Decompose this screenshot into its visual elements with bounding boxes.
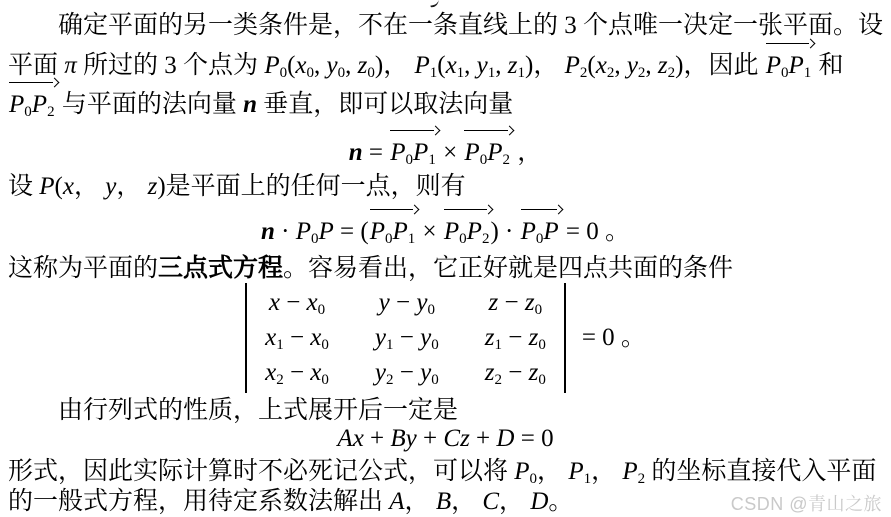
text-segment: −: [284, 359, 311, 386]
text-segment: 的坐标直接代入平面: [645, 458, 876, 485]
text-segment: By: [390, 425, 416, 452]
text-segment: y: [416, 289, 427, 316]
text-segment: 这称为平面的: [8, 255, 158, 282]
text-segment: 。容易看出，它正好就是四点共面的条件: [283, 255, 733, 282]
vector-arrow: P0P2: [463, 136, 511, 170]
text-segment: D: [530, 488, 548, 515]
text-segment: (: [587, 52, 595, 79]
subscript: 2: [47, 104, 55, 120]
paragraph-three-point-form-line: 这称为平面的三点式方程。容易看出，它正好就是四点共面的条件: [8, 251, 883, 286]
text-segment: x: [269, 289, 280, 316]
vector-arrow: P0P2: [8, 88, 56, 122]
text-segment: y: [105, 173, 116, 200]
text-segment: 垂直，即可以取法向量: [257, 91, 513, 118]
text-segment: ) ·: [490, 218, 519, 245]
text-segment: P: [521, 218, 536, 245]
text-segment: x: [310, 359, 321, 386]
subscript: 0: [530, 471, 538, 487]
csdn-watermark: CSDN @青山之旅: [731, 490, 882, 516]
subscript: 2: [386, 372, 394, 388]
text-segment: 三点式方程: [158, 254, 283, 282]
subscript: 0: [459, 231, 467, 247]
text-segment: z: [358, 52, 368, 79]
subscript: 0: [280, 65, 288, 81]
text-segment: y: [375, 359, 386, 386]
subscript: 1: [584, 471, 592, 487]
matrix-cell: y2 − y0: [375, 360, 439, 386]
matrix-cell: y1 − y0: [375, 325, 439, 351]
text-segment: 形式，因此实际计算时不必死记公式，可以将: [8, 458, 514, 485]
text-segment: P: [444, 218, 459, 245]
text-segment: x: [307, 289, 318, 316]
text-segment: x: [596, 52, 607, 79]
text-segment: P: [565, 52, 580, 79]
text-segment: P: [766, 52, 781, 79]
text-segment: 和: [812, 52, 843, 79]
text-segment: −: [394, 324, 421, 351]
text-segment: Ax: [337, 425, 363, 452]
text-segment: (: [55, 173, 63, 200]
text-segment: y: [627, 52, 638, 79]
text-segment: ，: [405, 488, 436, 515]
formula-normal-vector: n = P0P1 × P0P2 ，: [8, 136, 883, 170]
text-segment: x: [295, 52, 306, 79]
text-segment: P: [296, 218, 311, 245]
vector-arrow: P0P: [520, 215, 560, 249]
text-segment: x: [446, 52, 457, 79]
text-segment: −: [502, 324, 529, 351]
text-segment: y: [379, 289, 390, 316]
subscript: 1: [386, 337, 394, 353]
text-segment: ，: [511, 139, 542, 166]
text-segment: z: [525, 289, 535, 316]
subscript: 0: [406, 152, 414, 168]
text-segment: ，: [537, 458, 568, 485]
text-segment: x: [265, 359, 276, 386]
text-segment: −: [284, 324, 311, 351]
text-segment: P: [9, 91, 24, 118]
subscript: 1: [518, 65, 526, 81]
subscript: 0: [427, 302, 435, 318]
subscript: 0: [367, 65, 375, 81]
text-segment: +: [417, 425, 444, 452]
text-segment: P: [392, 218, 407, 245]
subscript: 2: [482, 231, 490, 247]
text-segment: P: [789, 52, 804, 79]
text-segment: +: [364, 425, 391, 452]
text-segment: z: [508, 52, 518, 79]
text-segment: Cz: [443, 425, 469, 452]
subscript: 0: [431, 372, 439, 388]
text-segment: P: [264, 52, 279, 79]
text-segment: P: [318, 218, 333, 245]
text-segment: 。: [548, 488, 573, 515]
determinant-matrix: x − x0y − y0z − z0x1 − x0y1 − y0z1 − z0x…: [245, 283, 566, 393]
text-segment: ，: [116, 173, 147, 200]
text-segment: y: [375, 324, 386, 351]
text-segment: (: [437, 52, 445, 79]
text-segment: )，: [525, 52, 565, 79]
paragraph-substitute-line: 形式，因此实际计算时不必死记公式，可以将 P0， P1， P2 的坐标直接代入平…: [8, 455, 883, 489]
text-segment: C: [482, 488, 499, 515]
subscript: 0: [318, 302, 326, 318]
text-segment: z: [488, 289, 498, 316]
text-segment: P: [370, 218, 385, 245]
matrix-cell: x1 − x0: [265, 325, 329, 351]
text-segment: ,: [645, 52, 658, 79]
text-segment: n: [261, 218, 275, 245]
text-segment: P: [39, 173, 54, 200]
cropped-glyph-fragment: [429, 0, 439, 8]
text-segment: x: [63, 173, 74, 200]
text-segment: −: [394, 359, 421, 386]
text-segment: y: [477, 52, 488, 79]
paragraph-normal-vector-line: P0P2 与平面的法向量 n 垂直，即可以取法向量: [8, 88, 883, 122]
vector-arrow: P0P1: [369, 215, 417, 249]
text-segment: P: [543, 218, 558, 245]
text-segment: z: [529, 324, 539, 351]
document-page: 确定平面的另一类条件是，不在一条直线上的 3 个点唯一决定一张平面。设平面 π …: [0, 0, 891, 517]
subscript: 0: [24, 104, 32, 120]
text-segment: ·: [275, 218, 296, 245]
text-segment: P: [568, 458, 583, 485]
text-segment: −: [280, 289, 307, 316]
text-segment: ，: [451, 488, 482, 515]
text-segment: −: [498, 289, 525, 316]
paragraph-points-line: 平面 π 所过的 3 个点为 P0(x0, y0, z0)， P1(x1, y1…: [8, 49, 883, 83]
text-segment: ,: [495, 52, 508, 79]
subscript: 0: [431, 337, 439, 353]
matrix-cell: z − z0: [485, 290, 546, 316]
matrix-cell: x − x0: [265, 290, 329, 316]
text-segment: )是平面上的任何一点，则有: [157, 173, 465, 200]
text-segment: ,: [614, 52, 627, 79]
subscript: 1: [408, 231, 416, 247]
text-segment: ,: [345, 52, 358, 79]
paragraph-any-point-line: 设 P(x， y， z)是平面上的任何一点，则有: [8, 170, 883, 204]
text-segment: )，因此: [675, 52, 765, 79]
formula-general-equation: Ax + By + Cz + D = 0: [8, 422, 883, 456]
text-segment: 与平面的法向量: [56, 91, 244, 118]
determinant-equation: x − x0y − y0z − z0x1 − x0y1 − y0z1 − z0x…: [0, 283, 891, 393]
vector-arrow: P0P1: [765, 49, 813, 83]
formula-mixed-product: n · P0P = (P0P1 × P0P2) · P0P = 0 。: [8, 215, 883, 249]
text-segment: z: [529, 359, 539, 386]
subscript: 2: [502, 152, 510, 168]
text-segment: P: [514, 458, 529, 485]
text-segment: B: [436, 488, 451, 515]
text-segment: P: [464, 139, 479, 166]
paragraph-intro-line: 确定平面的另一类条件是，不在一条直线上的 3 个点唯一决定一张平面。设: [8, 9, 883, 43]
text-segment: P: [487, 139, 502, 166]
subscript: 1: [804, 65, 812, 81]
text-segment: 由行列式的性质，上式展开后一定是: [58, 397, 458, 424]
text-segment: +: [470, 425, 497, 452]
text-segment: A: [389, 488, 404, 515]
text-segment: n: [243, 91, 257, 118]
text-segment: y: [327, 52, 338, 79]
subscript: 0: [535, 302, 543, 318]
text-segment: π: [64, 52, 77, 79]
text-segment: ,: [314, 52, 327, 79]
text-segment: 设: [8, 173, 39, 200]
subscript: 1: [276, 337, 284, 353]
text-segment: =: [363, 139, 390, 166]
vector-arrow: P0P1: [389, 136, 437, 170]
text-segment: P: [413, 139, 428, 166]
text-segment: )，: [375, 52, 415, 79]
text-segment: −: [390, 289, 417, 316]
subscript: 1: [428, 152, 436, 168]
text-segment: 确定平面的另一类条件是，不在一条直线上的 3 个点唯一决定一张平面。设: [58, 12, 883, 39]
subscript: 0: [321, 337, 329, 353]
subscript: 0: [321, 372, 329, 388]
text-segment: ，: [499, 488, 530, 515]
matrix-cell: z2 − z0: [485, 360, 546, 386]
text-segment: 所过的 3 个点为: [77, 52, 265, 79]
text-segment: x: [310, 324, 321, 351]
text-segment: z: [485, 359, 495, 386]
text-segment: y: [420, 359, 431, 386]
text-segment: 的一般式方程，用待定系数法解出: [8, 488, 389, 515]
text-segment: = 0: [514, 425, 553, 452]
text-segment: y: [420, 324, 431, 351]
text-segment: z: [148, 173, 158, 200]
vector-arrow: P0P2: [443, 215, 491, 249]
text-segment: n: [349, 139, 363, 166]
text-segment: ×: [437, 139, 464, 166]
text-segment: = 0 。: [582, 324, 646, 351]
text-segment: ,: [464, 52, 477, 79]
text-segment: P: [467, 218, 482, 245]
text-segment: 平面: [8, 52, 64, 79]
matrix-cell: x2 − x0: [265, 360, 329, 386]
text-segment: z: [485, 324, 495, 351]
subscript: 0: [538, 372, 546, 388]
equation-rhs: = 0 。: [582, 321, 646, 355]
subscript: 0: [781, 65, 789, 81]
subscript: 2: [494, 372, 502, 388]
text-segment: D: [496, 425, 514, 452]
text-segment: ，: [74, 173, 105, 200]
subscript: 0: [307, 65, 315, 81]
text-segment: P: [390, 139, 405, 166]
text-segment: = (: [334, 218, 369, 245]
text-segment: P: [622, 458, 637, 485]
text-segment: ×: [416, 218, 443, 245]
subscript: 0: [538, 337, 546, 353]
text-segment: P: [32, 91, 47, 118]
text-segment: z: [658, 52, 668, 79]
text-segment: P: [414, 52, 429, 79]
subscript: 2: [276, 372, 284, 388]
text-segment: x: [265, 324, 276, 351]
text-segment: −: [502, 359, 529, 386]
matrix-cell: y − y0: [375, 290, 439, 316]
text-segment: = 0 。: [560, 218, 630, 245]
determinant-wrapper: x − x0y − y0z − z0x1 − x0y1 − y0z1 − z0x…: [0, 283, 891, 393]
matrix-cell: z1 − z0: [485, 325, 546, 351]
subscript: 1: [494, 337, 502, 353]
text-segment: ，: [591, 458, 622, 485]
